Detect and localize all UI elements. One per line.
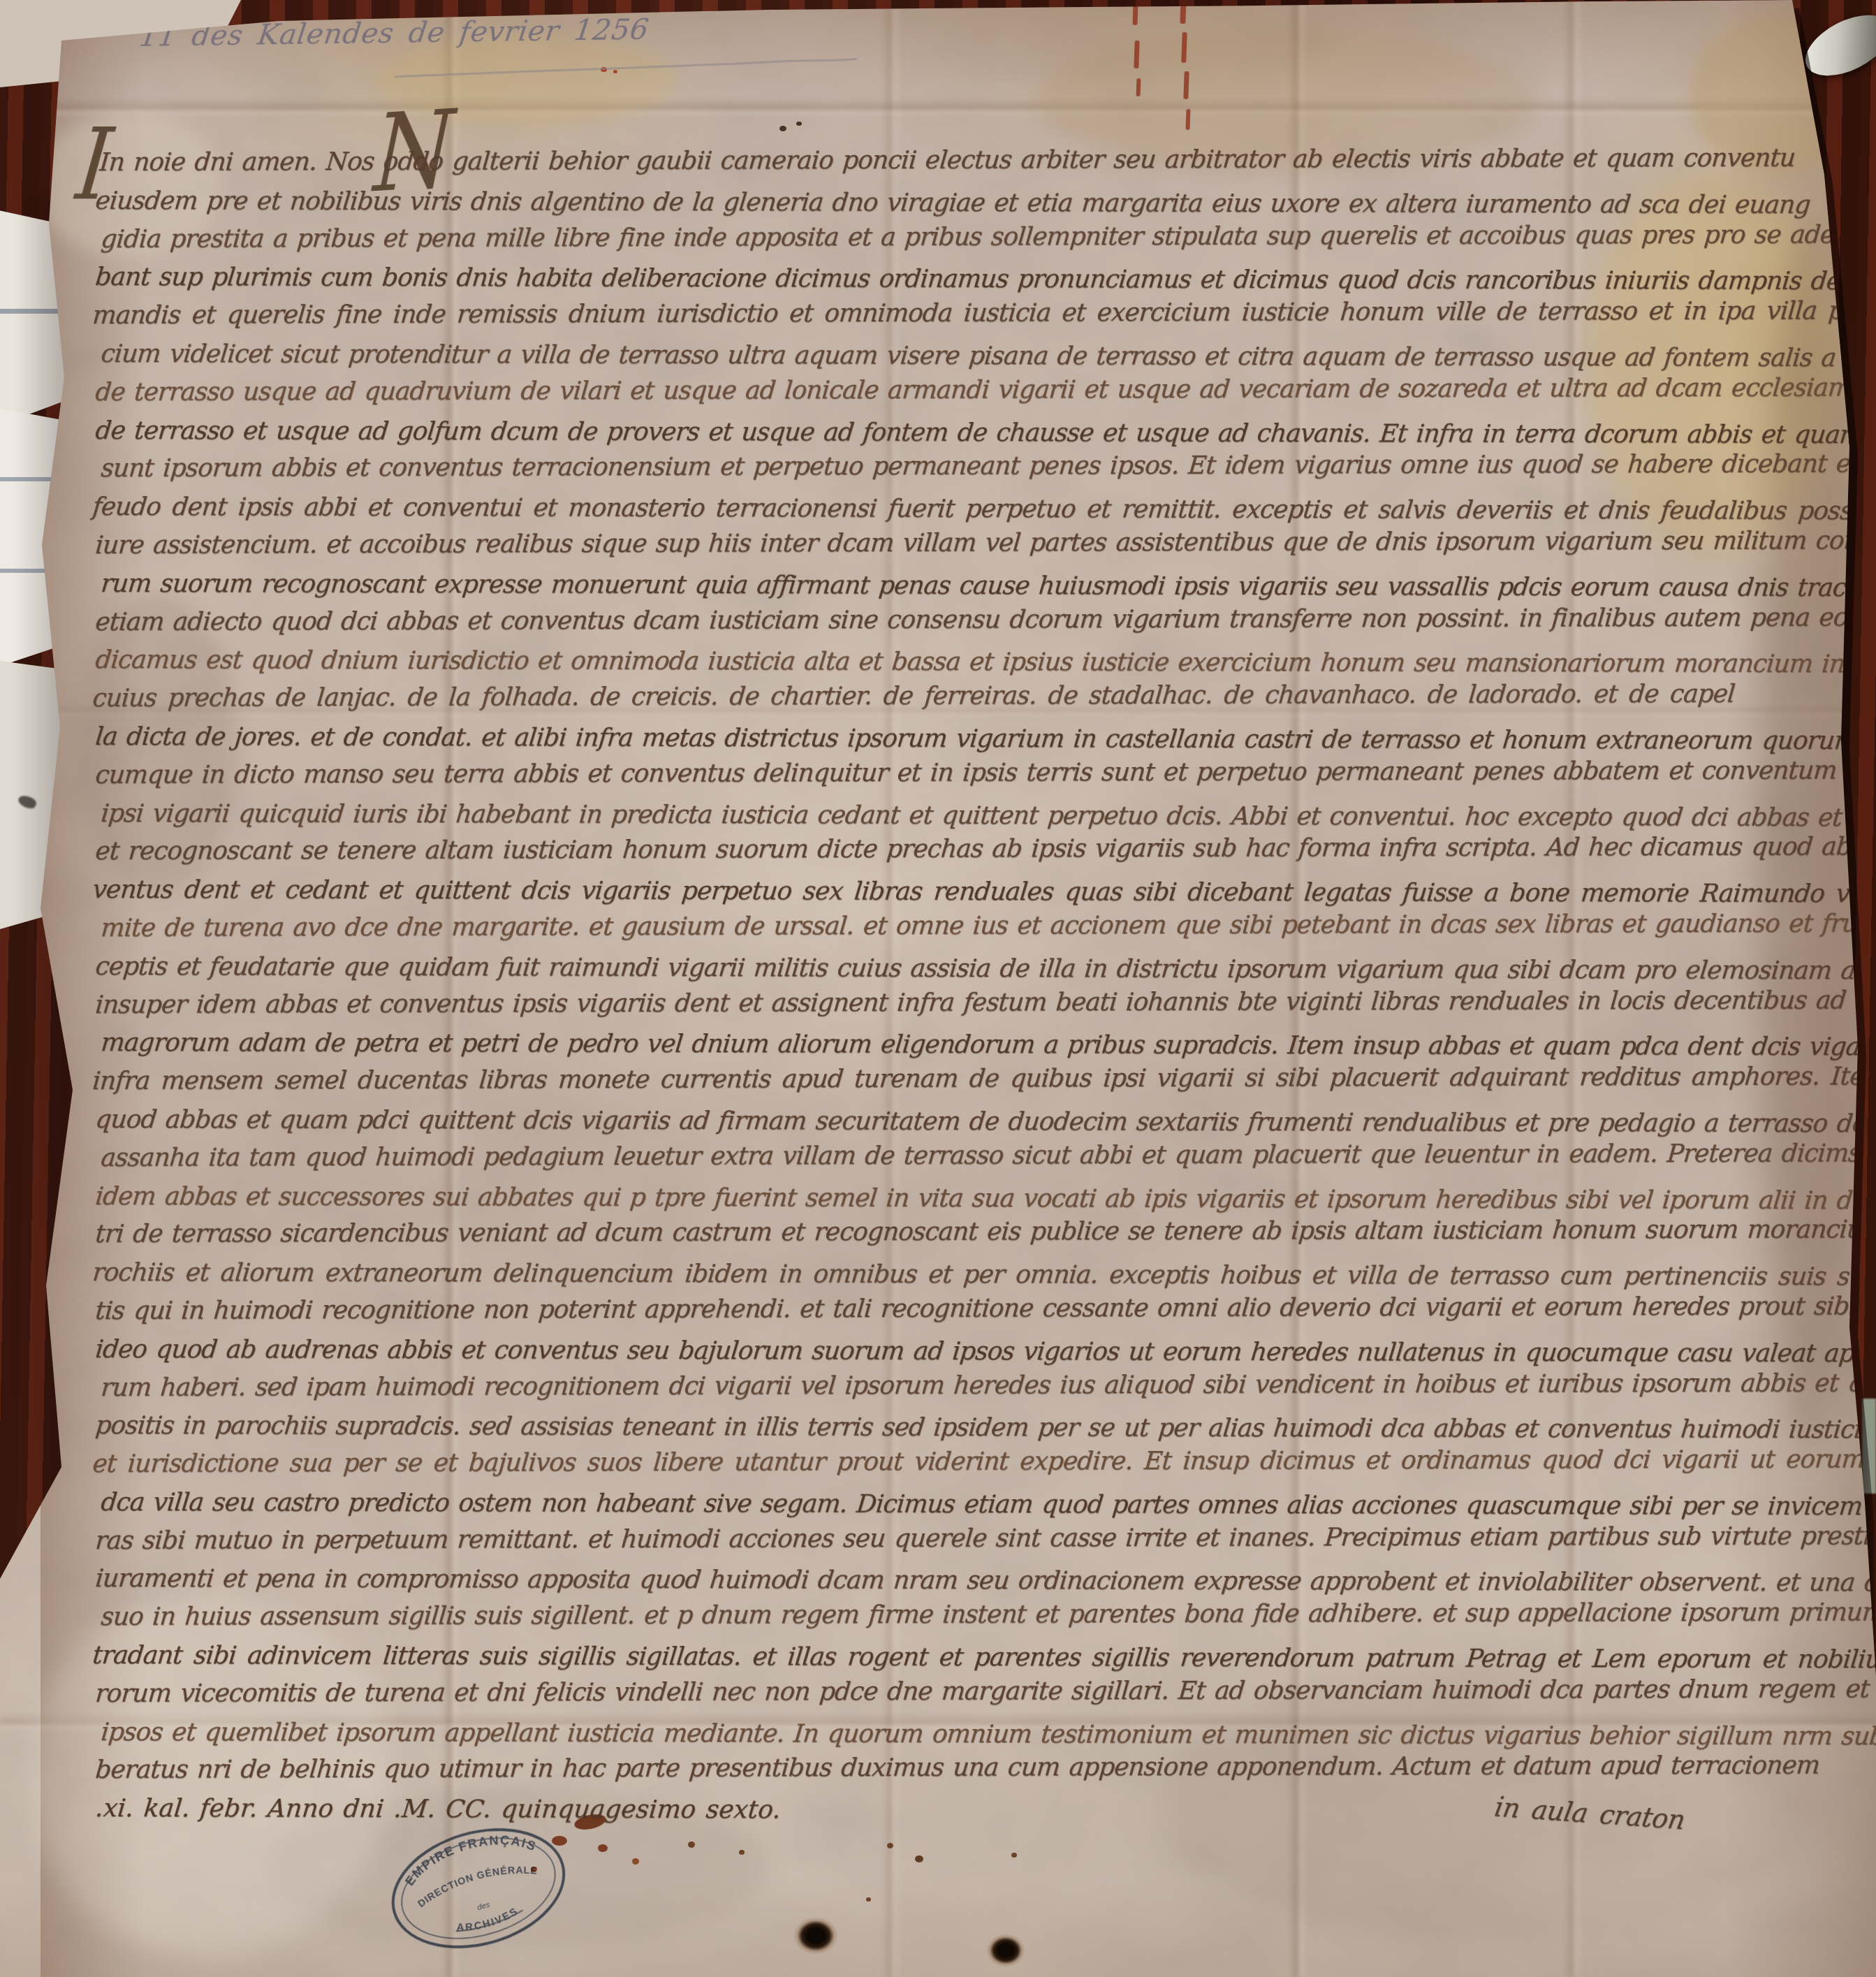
red-tally-mark	[1180, 0, 1186, 24]
ink-speck	[796, 122, 802, 126]
red-tally-mark	[1134, 41, 1139, 68]
parchment-sheet: 11 des Kalendes de fevrier 1256 I N In n…	[0, 0, 1876, 1977]
manuscript-line: sunt ipsorum abbis et conventus terracio…	[99, 450, 1864, 493]
stamp-text-des: des	[476, 1900, 491, 1912]
manuscript-line: etiam adiecto quod dci abbas et conventu…	[94, 603, 1864, 645]
crease-line	[0, 99, 1876, 119]
manuscript-line: In noie dni amen. Nos oddo galterii behi…	[98, 143, 1864, 186]
stamp-text-archives: ARCHIVES	[454, 1904, 522, 1939]
ink-blot	[632, 1858, 639, 1865]
manuscript-line: cuius prechas de lanjac. de la folhada. …	[91, 680, 1864, 722]
manuscript-text-block: In noie dni amen. Nos oddo galterii behi…	[95, 148, 1862, 1832]
red-tally-mark	[1136, 78, 1141, 96]
ink-blot	[598, 1844, 608, 1852]
manuscript-line: rorum vicecomitis de turena et dni felic…	[94, 1675, 1864, 1717]
ink-speck	[915, 1855, 923, 1862]
svg-text:ARCHIVES: ARCHIVES	[454, 1904, 522, 1939]
manuscript-line: mite de turena avo dce dne margarite. et…	[99, 909, 1864, 951]
ink-speck	[866, 1897, 871, 1902]
manuscript-line: assanha ita tam quod huimodi pedagium le…	[99, 1139, 1864, 1181]
red-tally-mark	[1183, 71, 1189, 99]
ink-speck	[739, 1850, 745, 1855]
ink-speck	[1011, 1853, 1017, 1858]
manuscript-line: insuper idem abbas et conventus ipsis vi…	[94, 986, 1864, 1028]
red-tally-mark	[1132, 4, 1138, 25]
manuscript-line: suo in huius assensum sigillis suis sigi…	[99, 1598, 1864, 1641]
red-tally-mark	[1185, 109, 1190, 130]
ink-speck	[887, 1843, 893, 1848]
manuscript-line: iure assistencium. et accoibus realibus …	[94, 526, 1864, 569]
manuscript-line: de terrasso usque ad quadruvium de vilar…	[94, 373, 1864, 416]
manuscript-line: tri de terrasso sicardencibus veniant ad…	[94, 1216, 1864, 1258]
ink-speck	[779, 126, 786, 131]
manuscript-line: mandis et querelis fine inde remissis dn…	[91, 297, 1864, 340]
photograph-of-charter: 11 des Kalendes de fevrier 1256 I N In n…	[0, 0, 1876, 1977]
manuscript-line: et recognoscant se tenere altam iusticia…	[94, 833, 1864, 875]
manuscript-line: ras sibi mutuo in perpetuum remittant. e…	[94, 1522, 1864, 1564]
ink-speck	[688, 1841, 695, 1848]
manuscript-line: tis qui in huimodi recognitione non pote…	[94, 1292, 1864, 1334]
annotation-underline-flourish	[388, 53, 863, 84]
manuscript-line: rum haberi. sed ipam huimodi recognition…	[99, 1369, 1864, 1411]
manuscript-line: et iurisdictione sua per se et bajulivos…	[91, 1445, 1864, 1487]
manuscript-line: beratus nri de belhinis quo utimur in ha…	[94, 1751, 1864, 1794]
manuscript-line: cumque in dicto manso seu terra abbis et…	[94, 756, 1864, 798]
manuscript-line: gidia prestita a pribus et pena mille li…	[99, 220, 1864, 263]
manuscript-line: infra mensem semel ducentas libras monet…	[91, 1062, 1864, 1104]
